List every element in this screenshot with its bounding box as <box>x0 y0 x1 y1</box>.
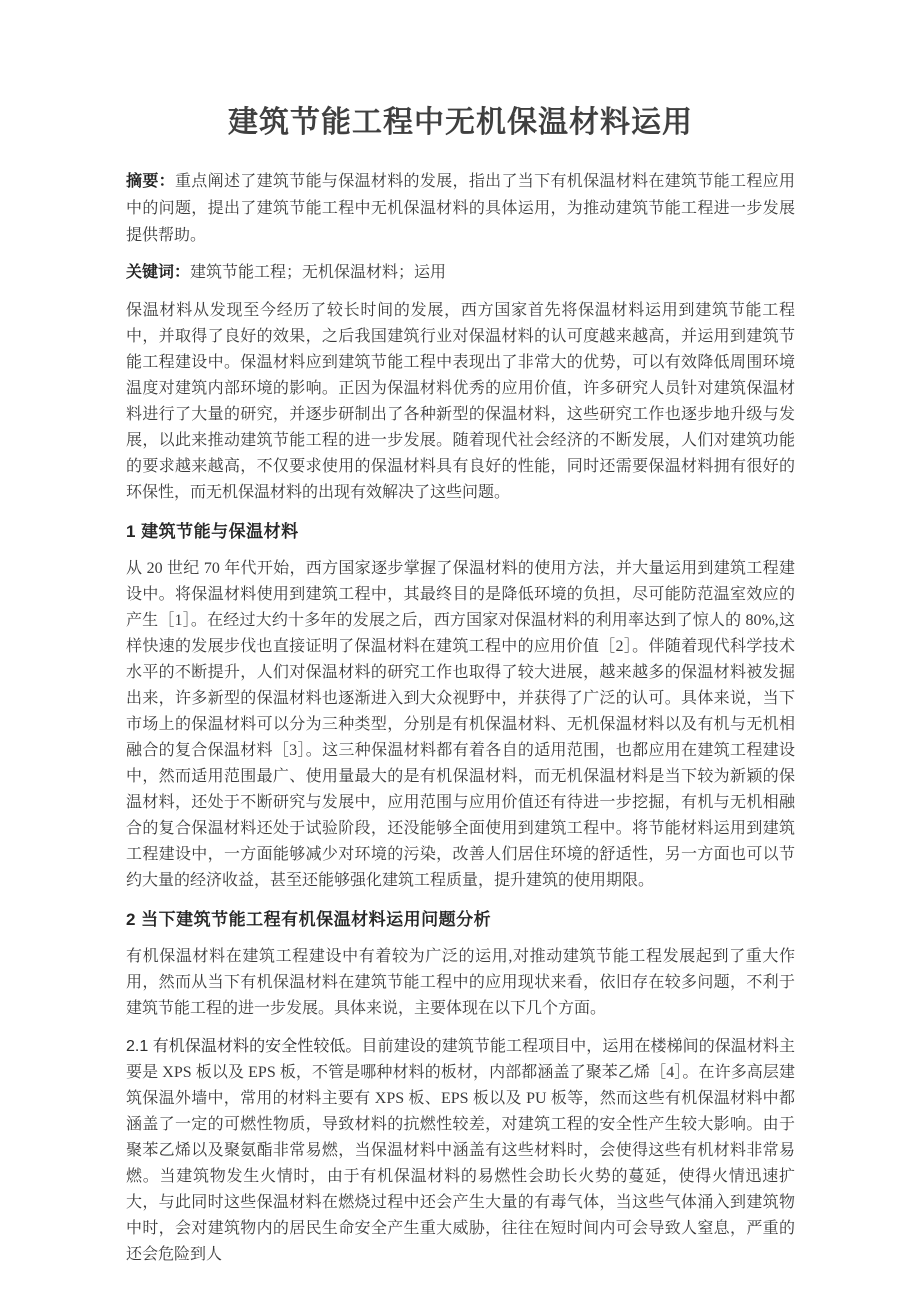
section-1-paragraph: 从 20 世纪 70 年代开始，西方国家逐步掌握了保温材料的使用方法，并大量运用… <box>126 556 795 894</box>
section-1-heading: 1 建筑节能与保温材料 <box>126 520 795 544</box>
section-2-paragraph: 有机保温材料在建筑工程建设中有着较为广泛的运用,对推动建筑节能工程发展起到了重大… <box>126 944 795 1022</box>
subsection-2-1-paragraph: 2.1 有机保温材料的安全性较低。目前建设的建筑节能工程项目中，运用在楼梯间的保… <box>126 1034 795 1268</box>
intro-paragraph: 保温材料从发现至今经历了较长时间的发展，西方国家首先将保温材料运用到建筑节能工程… <box>126 298 795 506</box>
document-page: 建筑节能工程中无机保温材料运用 摘要：重点阐述了建筑节能与保温材料的发展，指出了… <box>0 0 920 1301</box>
abstract-label: 摘要： <box>126 173 175 190</box>
document-content: 建筑节能工程中无机保温材料运用 摘要：重点阐述了建筑节能与保温材料的发展，指出了… <box>126 0 795 1268</box>
abstract-paragraph: 摘要：重点阐述了建筑节能与保温材料的发展，指出了当下有机保温材料在建筑节能工程应… <box>126 168 795 249</box>
keywords-text: 建筑节能工程；无机保温材料；运用 <box>190 264 446 281</box>
section-2-heading: 2 当下建筑节能工程有机保温材料运用问题分析 <box>126 908 795 932</box>
subsection-2-1-lead: 2.1 有机保温材料的安全性较低。 <box>126 1038 362 1055</box>
keywords-paragraph: 关键词：建筑节能工程；无机保温材料；运用 <box>126 259 795 286</box>
page-title: 建筑节能工程中无机保温材料运用 <box>126 0 795 144</box>
abstract-text: 重点阐述了建筑节能与保温材料的发展，指出了当下有机保温材料在建筑节能工程应用中的… <box>126 173 795 244</box>
subsection-2-1-text: 目前建设的建筑节能工程项目中，运用在楼梯间的保温材料主要是 XPS 板以及 EP… <box>126 1038 795 1263</box>
keywords-label: 关键词： <box>126 264 190 281</box>
